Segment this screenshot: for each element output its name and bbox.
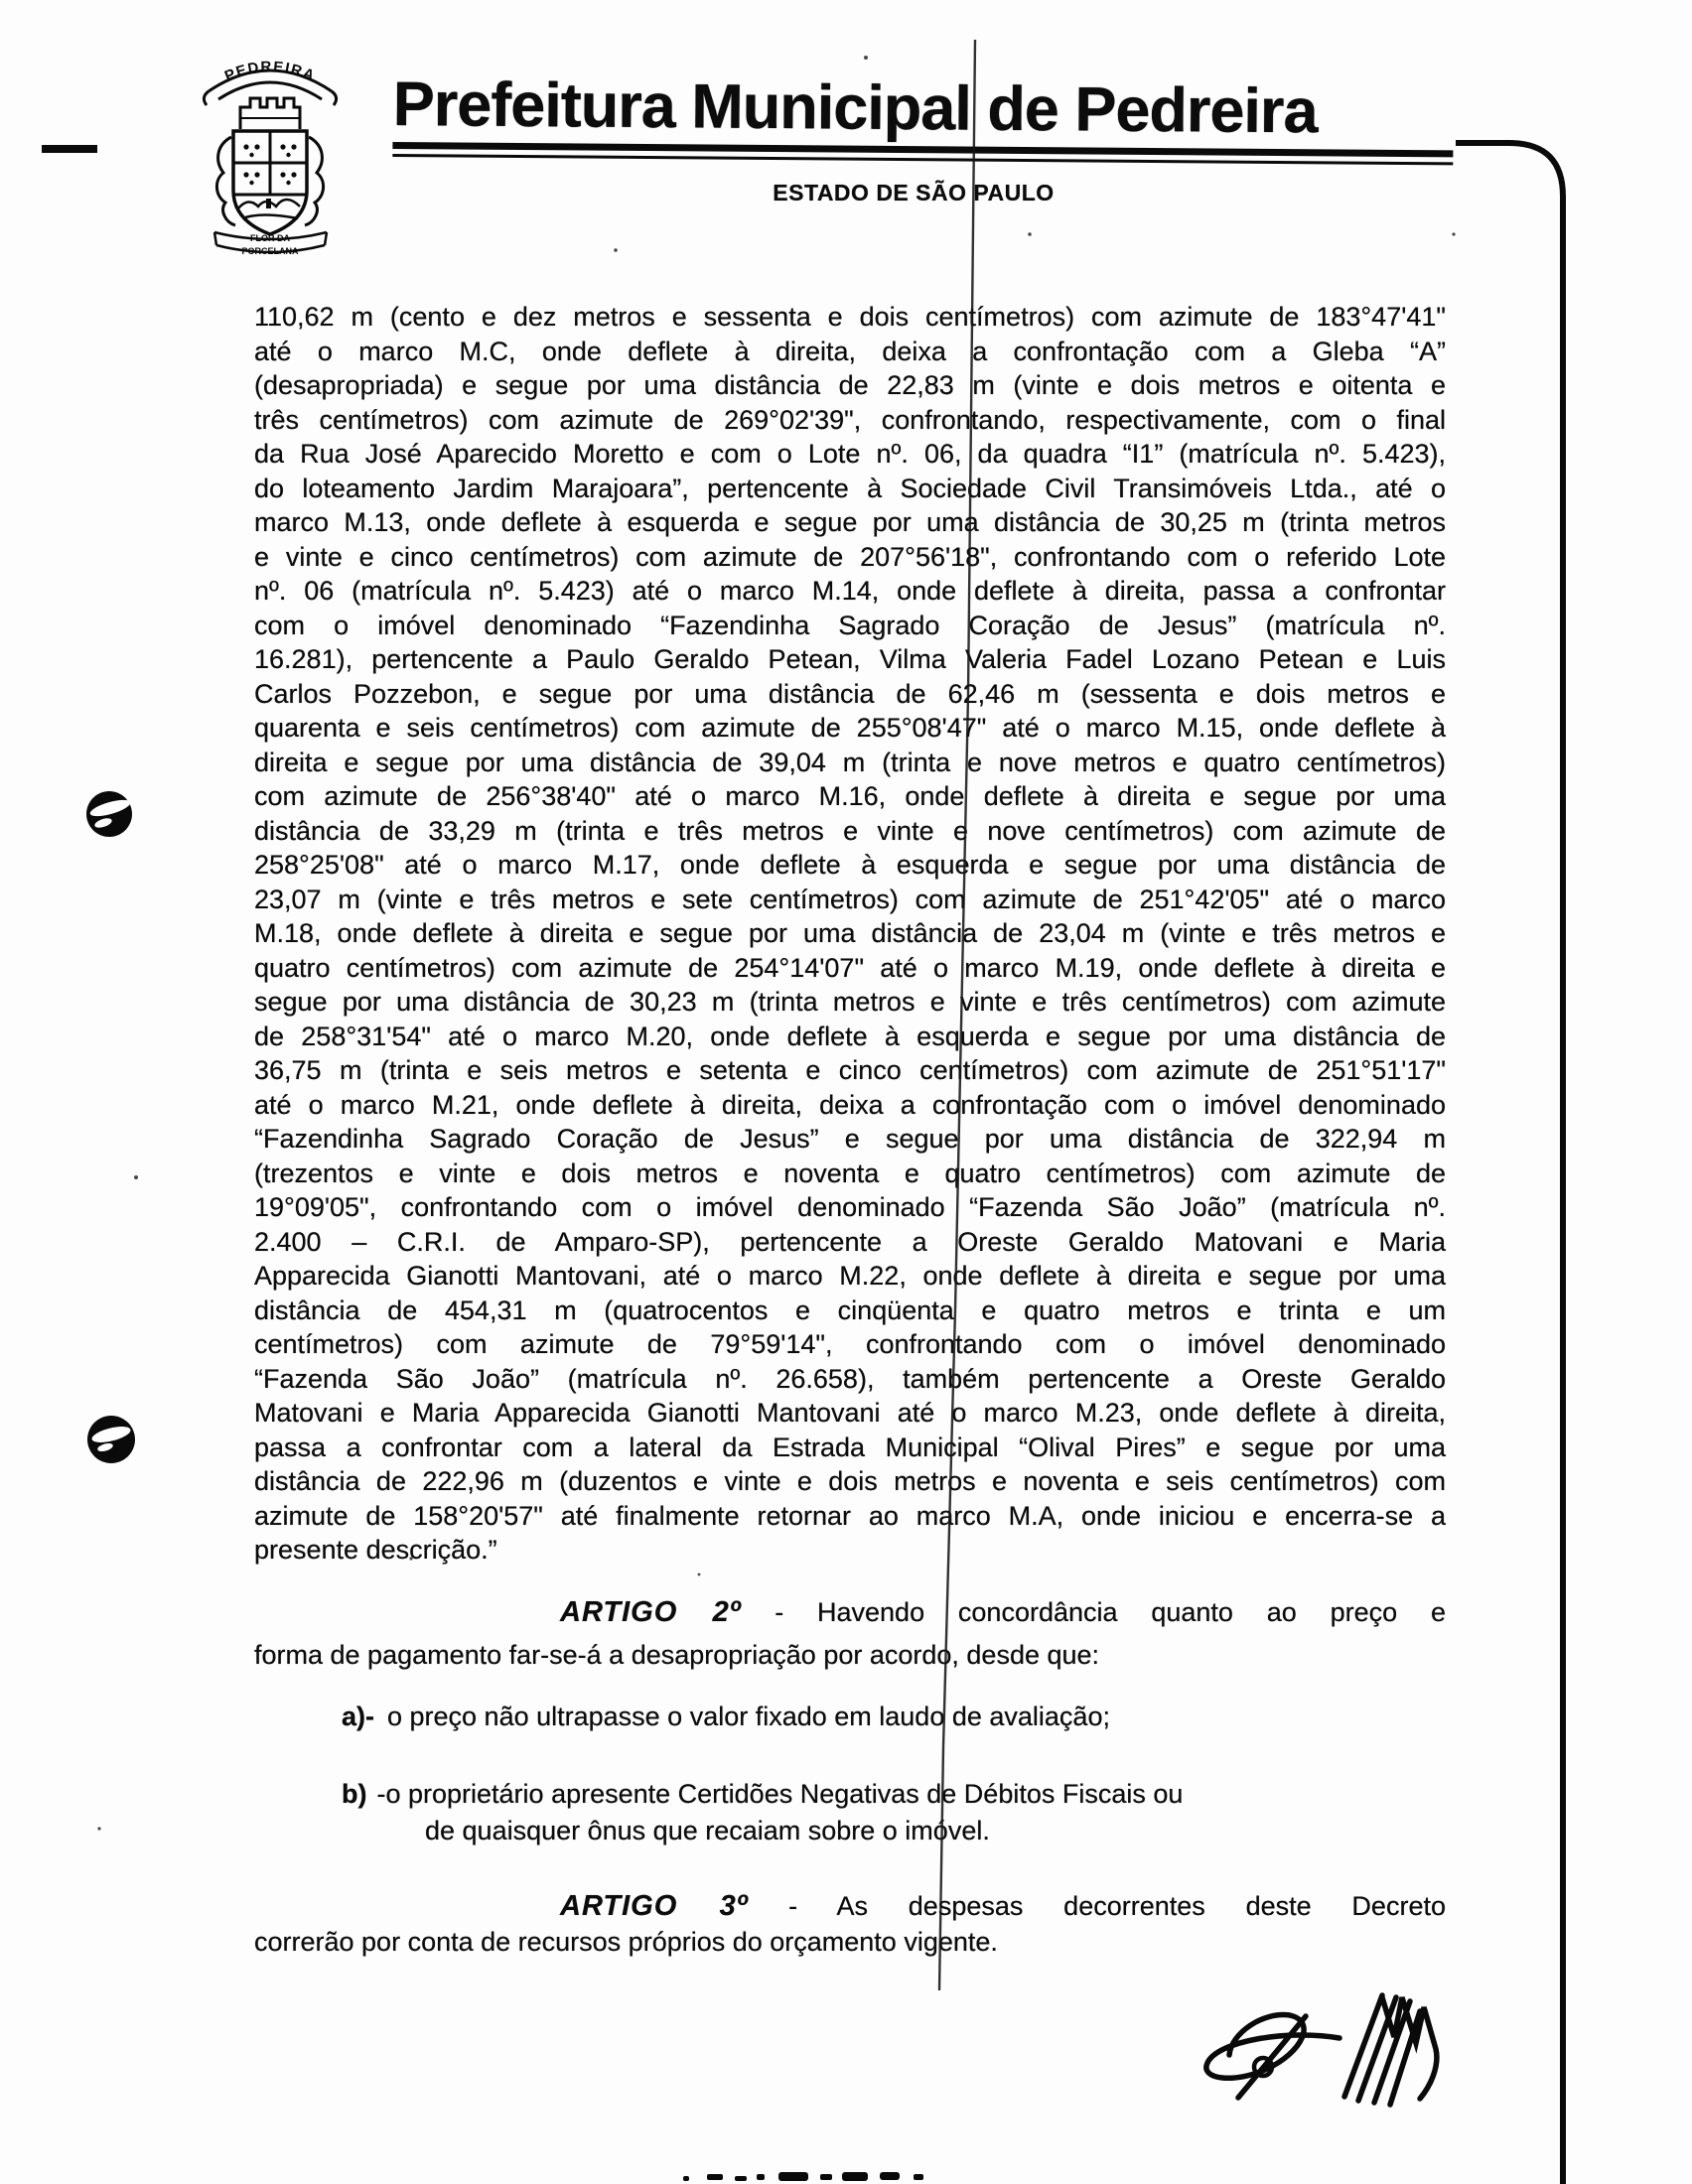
paragraph-line: 23,07 m (vinte e três metros e sete cent… xyxy=(254,883,1446,917)
artigo-3-line2: correrão por conta de recursos próprios … xyxy=(254,1927,1446,1958)
paragraph-line: marco M.13, onde deflete à esquerda e se… xyxy=(254,505,1446,540)
clause-item-b-line2: de quaisquer ônus que recaiam sobre o im… xyxy=(425,1816,990,1846)
paragraph-line: 2.400 – C.R.I. de Amparo-SP), pertencent… xyxy=(254,1225,1446,1260)
paragraph-line: Matovani e Maria Apparecida Gianotti Man… xyxy=(254,1396,1446,1431)
paragraph-line: 16.281), pertencente a Paulo Geraldo Pet… xyxy=(254,642,1446,677)
paragraph-line: direita e segue por uma distância de 39,… xyxy=(254,746,1446,780)
paragraph-line: (desapropriada) e segue por uma distânci… xyxy=(254,368,1446,403)
clause-item-b-text: -o proprietário apresente Certidões Nega… xyxy=(376,1779,1183,1809)
paragraph-line: azimute de 158°20'57" até finalmente ret… xyxy=(254,1499,1446,1534)
paragraph-line: “Fazenda São João” (matrícula nº. 26.658… xyxy=(254,1362,1446,1397)
paragraph-line: segue por uma distância de 30,23 m (trin… xyxy=(254,985,1446,1020)
artigo-2-label: ARTIGO 2º xyxy=(560,1596,741,1628)
paragraph-line: Carlos Pozzebon, e segue por uma distânc… xyxy=(254,677,1446,712)
paragraph-line: três centímetros) com azimute de 269°02'… xyxy=(254,403,1446,438)
paragraph-line: presente descrição.” xyxy=(254,1533,1446,1568)
paragraph-line: de 258°31'54" até o marco M.20, onde def… xyxy=(254,1020,1446,1054)
state-subtitle: ESTADO DE SÃO PAULO xyxy=(695,180,1132,206)
paragraph-line: distância de 454,31 m (quatrocentos e ci… xyxy=(254,1294,1446,1328)
page-title: Prefeitura Municipal de Pedreira xyxy=(392,71,1455,146)
paragraph-line: quarenta e seis centímetros) com azimute… xyxy=(254,711,1446,746)
clause-item-b-line1: b)-o proprietário apresente Certidões Ne… xyxy=(342,1779,1183,1810)
paragraph-line: distância de 33,29 m (trinta e três metr… xyxy=(254,814,1446,849)
paragraph-line: passa a confrontar com a lateral da Estr… xyxy=(254,1431,1446,1465)
artigo-2-line2: forma de pagamento far-se-á a desapropri… xyxy=(254,1640,1446,1671)
paragraph-line: 110,62 m (cento e dez metros e sessenta … xyxy=(254,300,1446,335)
letterhead: Prefeitura Municipal de Pedreira xyxy=(392,71,1456,166)
clause-item-b-label: b) xyxy=(342,1779,366,1809)
paragraph-line: e vinte e cinco centímetros) com azimute… xyxy=(254,540,1446,575)
paragraph-line: quatro centímetros) com azimute de 254°1… xyxy=(254,951,1446,986)
document-page: PEDREIRA xyxy=(0,0,1692,2184)
decree-description-paragraph: 110,62 m (cento e dez metros e sessenta … xyxy=(254,300,1446,1568)
artigo-3-label: ARTIGO 3º xyxy=(560,1890,748,1922)
paragraph-line: nº. 06 (matrícula nº. 5.423) até o marco… xyxy=(254,574,1446,609)
paragraph-line: “Fazendinha Sagrado Coração de Jesus” e … xyxy=(254,1122,1446,1157)
paragraph-line: 36,75 m (trinta e seis metros e setenta … xyxy=(254,1053,1446,1088)
artigo-3-text: - As despesas decorrentes deste Decreto xyxy=(788,1891,1446,1921)
clause-item-a-label: a)- xyxy=(342,1702,374,1731)
artigo-2-line1: ARTIGO 2º - Havendo concordância quanto … xyxy=(254,1592,1446,1632)
clause-item-a-text: o preço não ultrapasse o valor fixado em… xyxy=(387,1702,1110,1731)
signature-scribble xyxy=(1206,1995,1437,2105)
punch-mark-bottom xyxy=(87,1416,135,1463)
punch-mark-top xyxy=(86,791,132,837)
crest-motto-line2: PORCELANA xyxy=(241,246,299,256)
coat-of-arms: PEDREIRA xyxy=(187,44,353,260)
clause-item-a: a)-o preço não ultrapasse o valor fixado… xyxy=(342,1702,1110,1732)
paragraph-line: 258°25'08" até o marco M.17, onde deflet… xyxy=(254,848,1446,883)
artigo-2-text: - Havendo concordância quanto ao preço e xyxy=(775,1597,1446,1627)
paragraph-line: centímetros) com azimute de 79°59'14", c… xyxy=(254,1327,1446,1362)
paragraph-line: distância de 222,96 m (duzentos e vinte … xyxy=(254,1464,1446,1499)
paragraph-line: com azimute de 256°38'40" até o marco M.… xyxy=(254,779,1446,814)
paragraph-line: com o imóvel denominado “Fazendinha Sagr… xyxy=(254,609,1446,643)
cut-off-footer-text xyxy=(683,2172,923,2181)
artigo-3-line1: ARTIGO 3º - As despesas decorrentes dest… xyxy=(254,1886,1446,1926)
paragraph-line: até o marco M.21, onde deflete à direita… xyxy=(254,1088,1446,1123)
page-border-frame xyxy=(1456,143,1563,2184)
crest-motto-line1: FLOR DA xyxy=(250,233,290,243)
coat-of-arms-icon: PEDREIRA xyxy=(187,44,353,260)
paragraph-line: (trezentos e vinte e dois metros e noven… xyxy=(254,1157,1446,1191)
paragraph-line: M.18, onde deflete à direita e segue por… xyxy=(254,916,1446,951)
paragraph-line: Apparecida Gianotti Mantovani, até o mar… xyxy=(254,1259,1446,1294)
paragraph-line: do loteamento Jardim Marajoara”, pertenc… xyxy=(254,472,1446,506)
left-rule-dash xyxy=(42,145,97,153)
paragraph-line: até o marco M.C, onde deflete à direita,… xyxy=(254,335,1446,369)
paragraph-line: 19°09'05", confrontando com o imóvel den… xyxy=(254,1190,1446,1225)
paragraph-line: da Rua José Aparecido Moretto e com o Lo… xyxy=(254,437,1446,472)
